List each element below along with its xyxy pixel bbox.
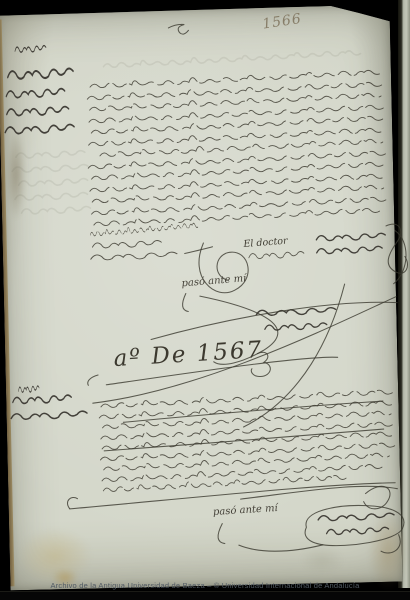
archive-caption: Archivo de la Antigua Universidad de Bae…: [0, 581, 410, 591]
scan-frame: 1566 aº De 1567 El doctor pasó ante mí p…: [0, 0, 410, 600]
manuscript-page: [0, 5, 402, 591]
scan-bottom-band: [0, 591, 410, 600]
